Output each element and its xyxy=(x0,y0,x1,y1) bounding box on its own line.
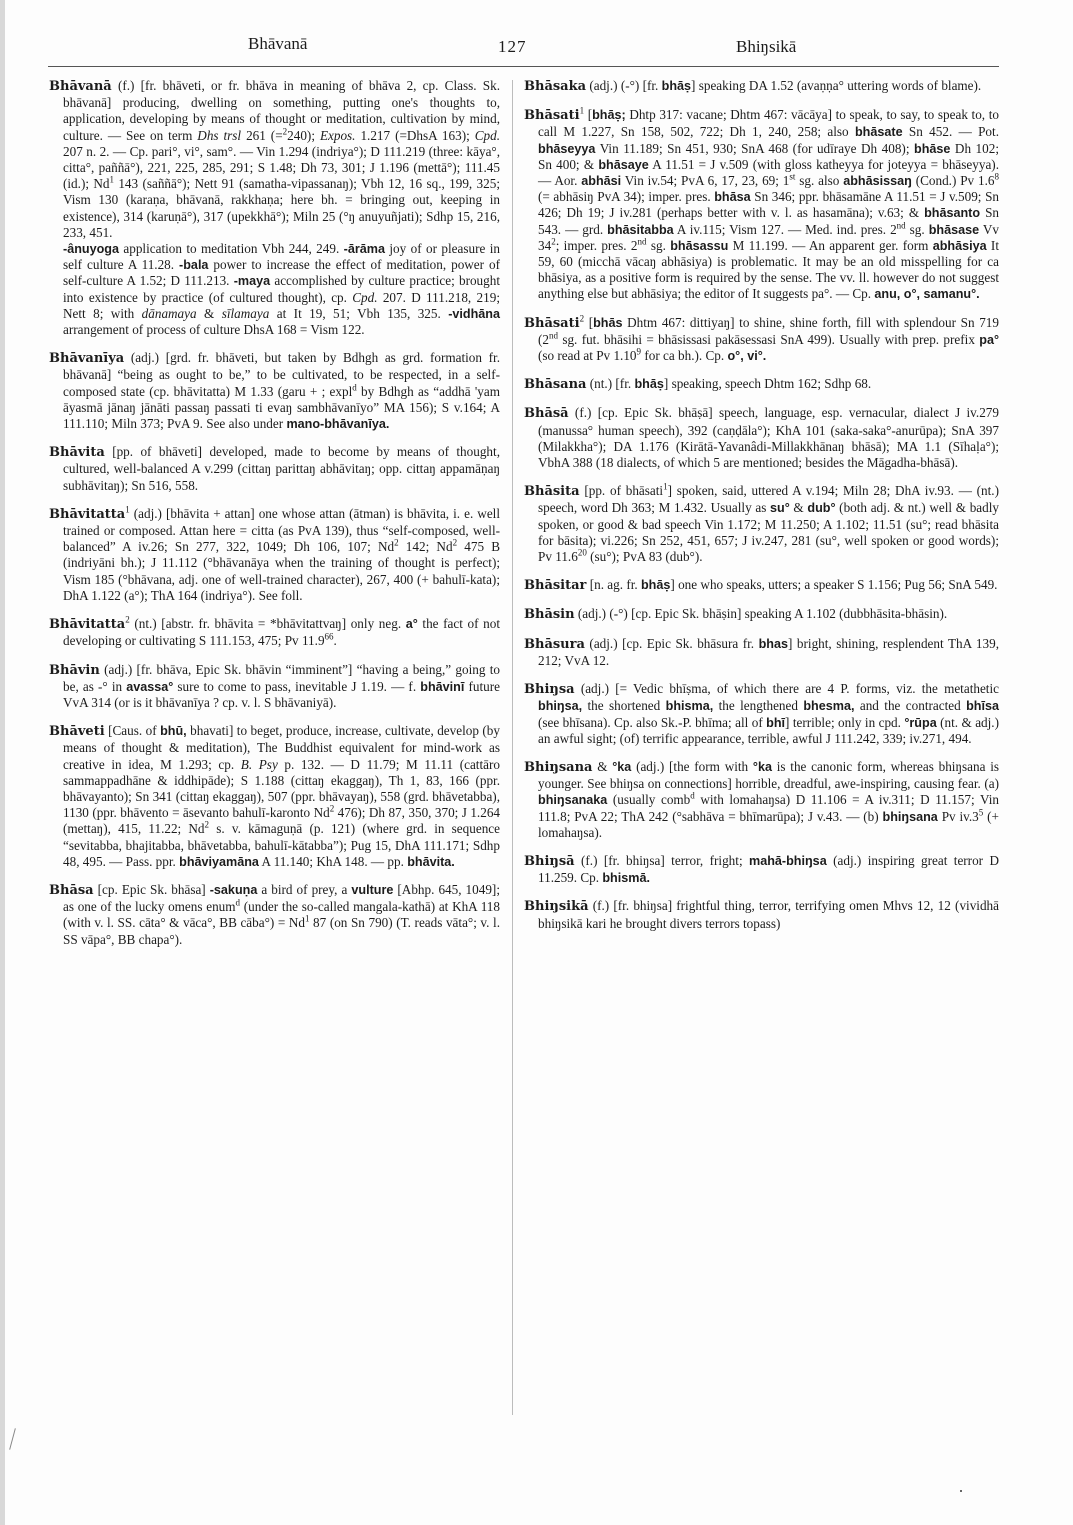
headword: Bhāvita xyxy=(49,445,105,460)
bold-term: -ārāma xyxy=(344,242,385,256)
bold-term: abhāsiya xyxy=(933,239,987,253)
bold-term: bhāseyya xyxy=(538,142,595,156)
entry-text: a bird of prey, a xyxy=(257,882,351,897)
headword: Bhiŋsa xyxy=(524,682,575,697)
bold-term: bhāviyamāna xyxy=(179,855,259,869)
scan-mark xyxy=(9,1428,16,1450)
bold-term: bhāsitabba xyxy=(607,223,673,237)
bold-term: su° xyxy=(770,501,790,515)
bold-term: o°, vi°. xyxy=(727,349,766,363)
bold-term: pa° xyxy=(979,333,999,347)
headword: Bhāvitatta xyxy=(49,507,125,522)
headword: Bhāsin xyxy=(524,607,575,622)
entry-text: 261 (= xyxy=(241,128,283,143)
bold-term: bhāsa xyxy=(714,190,750,204)
headword: Bhāvanā xyxy=(49,79,112,94)
headword: Bhiŋsana xyxy=(524,760,592,775)
entry-text: [pp. of bhāsati xyxy=(580,483,664,498)
bold-term: bhiŋsa, xyxy=(538,699,582,713)
entry-text: [n. ag. fr. xyxy=(586,577,641,592)
headword: Bhāsati xyxy=(524,316,580,331)
bold-term: bhāsate xyxy=(855,125,903,139)
bold-term: bhāvinī xyxy=(420,680,464,694)
dictionary-entry: Bhiŋsā (f.) [fr. bhiŋsa] terror, fright;… xyxy=(524,853,999,886)
page-number: 127 xyxy=(498,37,527,57)
italic-ref: Cpd. xyxy=(475,128,500,143)
page-scan-edge xyxy=(0,0,5,1525)
bold-term: abhāsissaŋ xyxy=(843,174,912,188)
dictionary-entry: Bhāsati2 [bhās Dhtm 467: dittiyaŋ] to sh… xyxy=(524,315,999,365)
entry-text: M 11.199. — An apparent ger. form xyxy=(728,238,932,253)
entry-text: sg. xyxy=(647,238,671,253)
entry-text: 1.217 (=DhsA 163); xyxy=(355,128,474,143)
entry-text: [Caus. of xyxy=(105,723,160,738)
entry-text: (Cond.) Pv 1.6 xyxy=(912,173,995,188)
dictionary-entry: Bhiŋsana & °ka (adj.) [the form with °ka… xyxy=(524,759,999,841)
italic-ref: B. Psy xyxy=(241,757,278,772)
bold-term: mano-bhāvanīya. xyxy=(286,417,389,431)
dictionary-entry: Bhāsura (adj.) [cp. Epic Sk. bhāsura fr.… xyxy=(524,636,999,669)
entry-text: (so read at Pv 1.10 xyxy=(538,348,637,363)
entry-text: ] speaking DA 1.52 (avaṇṇa° uttering wor… xyxy=(691,78,981,93)
entry-text: (see bhīsana). Cp. also Sk.-P. bhīma; al… xyxy=(538,715,766,730)
entry-text: 240); xyxy=(287,128,320,143)
bold-term: bhāṣ; xyxy=(592,108,626,122)
headword: Bhāsana xyxy=(524,377,586,392)
bold-term: bhīsa xyxy=(966,699,999,713)
bold-term: mahā-bhiŋsa xyxy=(749,854,827,868)
bold-term: bhāsassu xyxy=(670,239,728,253)
bold-term: bhisma, xyxy=(666,699,714,713)
headword: Bhāsā xyxy=(524,406,569,421)
dictionary-entry: Bhāvanā (f.) [fr. bhāveti, or fr. bhāva … xyxy=(49,78,500,241)
entry-text: ] speaking, speech Dhtm 162; Sdhp 68. xyxy=(664,376,871,391)
bold-term: -vidhāna xyxy=(448,307,500,321)
entry-text: (f.) [fr. bhiŋsa] terror, fright; xyxy=(575,853,749,868)
dictionary-entry: Bhiŋsa (adj.) [= Vedic bhīṣma, of which … xyxy=(524,681,999,747)
italic-ref: dānamaya xyxy=(142,306,197,321)
bold-term: -sakuṇa xyxy=(210,883,258,897)
bold-term: bhāṣ xyxy=(634,377,663,391)
entry-text: (nt.) [fr. xyxy=(586,376,634,391)
bold-term: abhāsi xyxy=(581,174,621,188)
left-guide-word: Bhāvanā xyxy=(248,34,307,54)
headword: Bhāveti xyxy=(49,724,105,739)
superscript: nd xyxy=(897,220,906,230)
bold-term: bhās xyxy=(593,316,622,330)
bold-term: °rūpa xyxy=(904,716,936,730)
headword: Bhāsa xyxy=(49,883,94,898)
dictionary-entry: Bhāsana (nt.) [fr. bhāṣ] speaking, speec… xyxy=(524,376,999,393)
entry-text: 142; Nd xyxy=(399,539,453,554)
bold-term: °ka xyxy=(753,760,772,774)
entry-text: A iv.115; Vism 127. — Med. ind. pres. 2 xyxy=(674,222,897,237)
bold-term: bhāsase xyxy=(929,223,979,237)
dictionary-entry: Bhāvitatta1 (adj.) [bhāvita + attan] one… xyxy=(49,506,500,604)
dictionary-entry: Bhāsita [pp. of bhāsati1] spoken, said, … xyxy=(524,483,999,565)
entry-text: sg. fut. bhāsihi = bhāsissasi pakāsessas… xyxy=(558,332,979,347)
bold-term: bhesma, xyxy=(803,699,854,713)
bold-term: bhāsanto xyxy=(924,206,980,220)
headword: Bhāsita xyxy=(524,484,580,499)
entry-text: for ca bh.). Cp. xyxy=(641,348,727,363)
headword: Bhiŋsikā xyxy=(524,899,589,914)
entry-text: ] terrible; only in cpd. xyxy=(785,715,904,730)
entry-text: A 11.140; KhA 148. — pp. xyxy=(259,854,407,869)
entry-text: & xyxy=(790,500,808,515)
entry-text: Pv iv.3 xyxy=(938,809,979,824)
header-rule xyxy=(48,66,999,67)
dictionary-entry: Bhāsā (f.) [cp. Epic Sk. bhāṣā] speech, … xyxy=(524,405,999,471)
entry-text: ; imper. pres. 2 xyxy=(556,238,638,253)
bold-term: bhāse xyxy=(914,142,950,156)
bold-term: dub° xyxy=(807,501,835,515)
entry-text: (usually comb xyxy=(607,792,690,807)
bold-term: vulture xyxy=(351,883,393,897)
entry-text: [cp. Epic Sk. bhāsa] xyxy=(94,882,210,897)
bold-term: -maya xyxy=(234,274,270,288)
entry-text: (su°); PvA 83 (dub°). xyxy=(587,549,703,564)
dictionary-entry: Bhāvitatta2 (nt.) [abstr. fr. bhāvita = … xyxy=(49,616,500,649)
dictionary-entry: Bhāsitar [n. ag. fr. bhāṣ] one who speak… xyxy=(524,577,999,594)
entry-text: [ xyxy=(584,107,592,122)
bold-term: -ânuyoga xyxy=(63,242,119,256)
left-column: Bhāvanā (f.) [fr. bhāveti, or fr. bhāva … xyxy=(49,78,500,960)
right-guide-word: Bhiŋsikā xyxy=(736,37,796,57)
entry-text: (adj.) [the form with xyxy=(631,759,753,774)
entry-text: (adj.) [= Vedic bhīṣma, of which there a… xyxy=(575,681,999,696)
bold-term: bhī xyxy=(766,716,785,730)
entry-text: the shortened xyxy=(582,698,666,713)
entry-text: ] one who speaks, utters; a speaker S 1.… xyxy=(670,577,997,592)
bold-term: bhāṣ xyxy=(662,79,691,93)
entry-text: at It 19, 51; Vbh 135, 325. xyxy=(269,306,448,321)
headword: Bhāsati xyxy=(524,108,580,123)
entry-text: (nt.) [abstr. fr. bhāvita = *bhāvitattva… xyxy=(130,616,406,631)
entry-text: (f.) [fr. bhiŋsa] frightful thing, terro… xyxy=(538,898,999,930)
italic-ref: Cpd. xyxy=(352,290,377,305)
entry-text: (f.) [cp. Epic Sk. bhāṣā] speech, langua… xyxy=(538,405,999,470)
entry-text: (= abhāsiŋ PvA 34); imper. pres. xyxy=(538,189,714,204)
superscript: nd xyxy=(549,330,558,340)
bold-term: avassa° xyxy=(126,680,173,694)
dictionary-entry: Bhāsa [cp. Epic Sk. bhāsa] -sakuṇa a bir… xyxy=(49,882,500,948)
headword: Bhāvin xyxy=(49,663,100,678)
entry-text: application to meditation Vbh 244, 249. xyxy=(119,241,344,256)
entry-text: Sn 452. — Pot. xyxy=(903,124,999,139)
entry-text: & xyxy=(197,306,222,321)
entry-text: sure to come to pass, inevitable J 1.19.… xyxy=(173,679,420,694)
page-header: Bhāvanā 127 Bhiŋsikā xyxy=(48,34,999,64)
superscript: 8 xyxy=(995,172,1000,182)
dictionary-entry: Bhāsati1 [bhāṣ; Dhtp 317: vacane; Dhtm 4… xyxy=(524,107,999,302)
entry-text: (adj.) (-°) [fr. xyxy=(586,78,662,93)
right-column: Bhāsaka (adj.) (-°) [fr. bhāṣ] speaking … xyxy=(524,78,999,944)
entry-text: the lengthened xyxy=(713,698,803,713)
headword: Bhāsaka xyxy=(524,79,586,94)
entry-text: sg. also xyxy=(795,173,843,188)
dictionary-entry: Bhiŋsikā (f.) [fr. bhiŋsa] frightful thi… xyxy=(524,898,999,931)
entry-text: sg. xyxy=(906,222,929,237)
headword: Bhāvanīya xyxy=(49,351,124,366)
scan-speck xyxy=(960,1490,962,1492)
entry-text: & xyxy=(592,759,612,774)
entry-text: arrangement of process of culture DhsA 1… xyxy=(63,322,365,337)
headword: Bhāvitatta xyxy=(49,617,125,632)
dictionary-entry: Bhāvin (adj.) [fr. bhāva, Epic Sk. bhāvi… xyxy=(49,662,500,712)
bold-term: anu, o°, samanu°. xyxy=(874,287,979,301)
bold-term: bhismā. xyxy=(602,871,650,885)
headword: Bhāsitar xyxy=(524,578,586,593)
entry-text: Vin iv.54; PvA 6, 17, 23, 69; 1 xyxy=(621,173,789,188)
dictionary-entry: Bhāsin (adj.) (-°) [cp. Epic Sk. bhāṣin]… xyxy=(524,606,999,623)
entry-text: [pp. of bhāveti] developed, made to beco… xyxy=(63,444,500,492)
bold-term: bhiŋsana xyxy=(883,810,938,824)
bold-term: bhas xyxy=(759,637,788,651)
entry-compounds: -ânuyoga application to meditation Vbh 2… xyxy=(49,241,500,338)
superscript: 20 xyxy=(578,548,587,558)
bold-term: a° xyxy=(406,617,418,631)
italic-ref: sīlamaya xyxy=(222,306,270,321)
italic-ref: Dhs trsl xyxy=(197,128,241,143)
column-divider xyxy=(512,80,513,1415)
entry-text: 143 (saññā°); Nett 91 (samatha-vipassana… xyxy=(63,176,500,240)
entry-text: and the contracted xyxy=(854,698,966,713)
bold-term: bhāṣ xyxy=(641,578,670,592)
bold-term: °ka xyxy=(612,760,631,774)
dictionary-entry: Bhāvanīya (adj.) [grd. fr. bhāveti, but … xyxy=(49,350,500,432)
italic-ref: Expos. xyxy=(320,128,356,143)
superscript: 66 xyxy=(325,632,334,642)
bold-term: bhū, xyxy=(160,724,187,738)
bold-term: bhiŋsanaka xyxy=(538,793,607,807)
dictionary-entry: Bhāvita [pp. of bhāveti] developed, made… xyxy=(49,444,500,494)
dictionary-entry: Bhāsaka (adj.) (-°) [fr. bhāṣ] speaking … xyxy=(524,78,999,95)
headword: Bhiŋsā xyxy=(524,854,575,869)
headword: Bhāsura xyxy=(524,637,585,652)
entry-text: Vin 11.189; Sn 451, 930; SnA 468 (for ud… xyxy=(595,141,914,156)
superscript: nd xyxy=(638,236,647,246)
bold-term: bhāvita. xyxy=(407,855,455,869)
entry-text: (adj.) [cp. Epic Sk. bhāsura fr. xyxy=(585,636,759,651)
bold-term: bhāsaye xyxy=(598,158,648,172)
bold-term: -bala xyxy=(179,258,208,272)
entry-text: (adj.) (-°) [cp. Epic Sk. bhāṣin] speaki… xyxy=(575,606,948,621)
dictionary-entry: Bhāveti [Caus. of bhū, bhavati] to beget… xyxy=(49,723,500,870)
entry-text: [ xyxy=(584,315,593,330)
entry-text: . xyxy=(334,633,337,648)
